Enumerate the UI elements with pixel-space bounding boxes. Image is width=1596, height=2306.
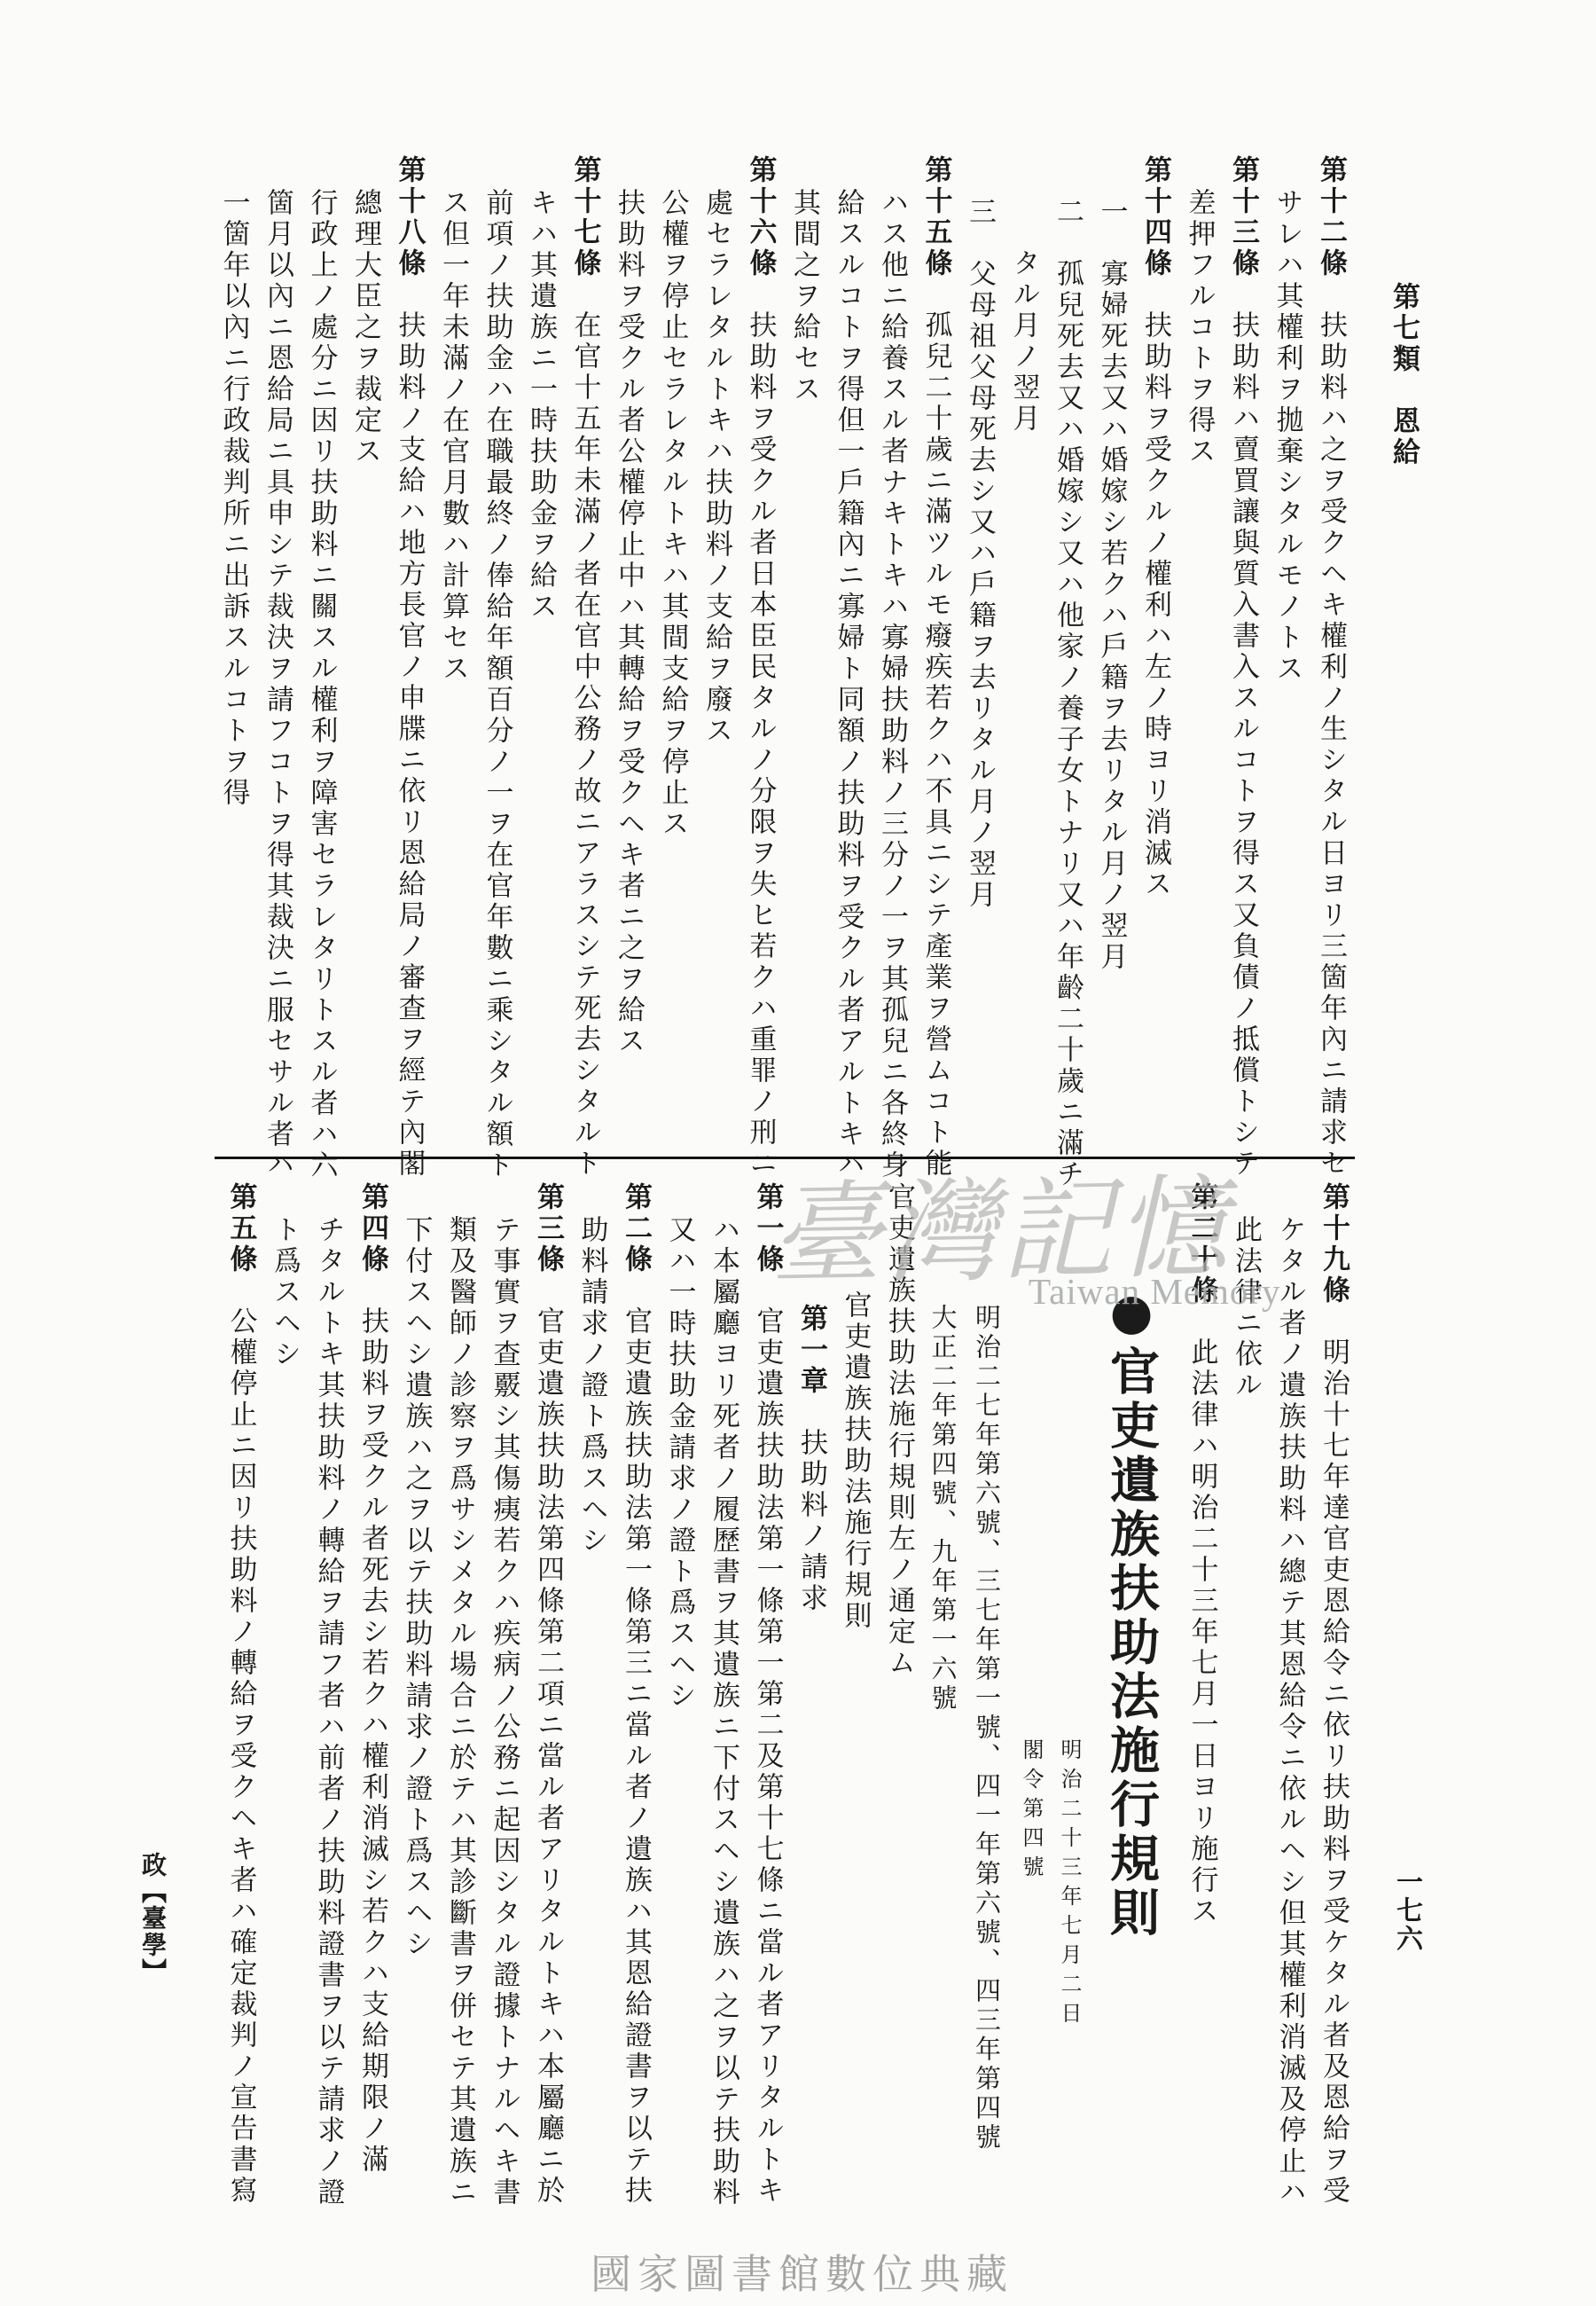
column-text: テ事實ヲ查覈シ其傷痍若クハ疾病ノ公務ニ起因シタル證據トナルヘキ書 [489, 1215, 520, 2208]
column-text: 箇月以內ニ恩給局ニ具申シテ裁決ヲ請フコトヲ得其裁決ニ服セサル者ハ [262, 188, 293, 1181]
text-column: 處セラレタルトキハ扶助料ノ支給ヲ廢ス [694, 155, 739, 1166]
column-text: 此法律ニ依ル [1230, 1215, 1262, 1401]
section-divider-rule [215, 1157, 1355, 1159]
text-column: 一 寡婦死去又ハ婚嫁シ若クハ戶籍ヲ去リタル月ノ翌月 [1089, 155, 1133, 1166]
column-text: 在官十五年未滿ノ者在官中公務ノ故ニアラスシテ死去シタルト [569, 310, 601, 1180]
text-column: 總理大臣之ヲ裁定ス [343, 155, 387, 1166]
article-number-heading: 第一條 [752, 1182, 784, 1275]
text-column: 第十二條扶助料ハ之ヲ受クヘキ權利ノ生シタル日ヨリ三箇年內ニ請求セ [1309, 155, 1353, 1166]
column-text: 官吏遺族扶助法第一條第三ニ當ル者ノ遺族ハ其恩給證書ヲ以テ扶 [620, 1306, 652, 2207]
text-column: 又ハ一時扶助金請求ノ證ト爲スヘシ [657, 1182, 701, 2176]
column-text: キハ其遺族ニ一時扶助金ヲ給ス [525, 188, 557, 623]
text-column: ス但一年未滿ノ在官月數ハ計算セス [431, 155, 475, 1166]
page-number: 一七六 [1387, 1868, 1426, 1953]
text-column: 公權ヲ停止セラレタルトキハ其間支給ヲ停止ス [650, 155, 694, 1166]
column-text: 扶助料ハ之ヲ受クヘキ權利ノ生シタル日ヨリ三箇年內ニ請求セ [1315, 310, 1347, 1180]
regulation-text-block: 第十九條明治十七年達官吏恩給令ニ依リ扶助料ヲ受ケタル者及恩給ヲ受ケタル者ノ遺族扶… [218, 1182, 1355, 2176]
text-column: 前項ノ扶助金ハ在職最終ノ俸給年額百分ノ一ヲ在官年數ニ乘シタル額ト [474, 155, 519, 1166]
column-text: 給スルコトヲ得但一戶籍內ニ寡婦ト同額ノ扶助料ヲ受クル者アルトキハ [833, 188, 864, 1181]
column-text: 公權ヲ停止セラレタルトキハ其間支給ヲ停止ス [657, 188, 689, 840]
text-column: 明治二十三年七月二日 [1054, 1182, 1084, 2176]
text-column: タル月ノ翌月 [1001, 155, 1045, 1166]
column-text: 三 父母祖父母死去シ又ハ戶籍ヲ去リタル月ノ翌月 [964, 197, 996, 911]
text-column: 二 孤兒死去又ハ婚嫁シ又ハ他家ノ養子女トナリ又ハ年齡二十歲ニ滿チ [1045, 155, 1090, 1166]
article-number-heading: 第一章 [795, 1304, 827, 1397]
text-column: チタルトキ其扶助料ノ轉給ヲ請フ者ハ前者ノ扶助料證書ヲ以テ請求ノ證 [306, 1182, 350, 2176]
text-column: 第一章扶助料ノ請求 [789, 1182, 833, 2176]
text-column: 第十八條扶助料ノ支給ハ地方長官ノ申牒ニ依リ恩給局ノ審查ヲ經テ內閣 [387, 155, 431, 1166]
column-text: 明治二十三年七月二日 [1057, 1738, 1082, 2031]
text-column: ハ本屬廳ヨリ死者ノ履歷書ヲ其遺族ニ下付スヘシ遺族ハ之ヲ以テ扶助料 [701, 1182, 746, 2176]
column-text: 官吏遺族扶助法施行規則左ノ通定ム [883, 1182, 915, 1679]
margin-category-header: 第七類 恩給 [1384, 282, 1424, 468]
text-column: 第十六條扶助料ヲ受クル者日本臣民タルノ分限ヲ失ヒ若クハ重罪ノ刑ニ [738, 155, 782, 1166]
column-text: 又ハ一時扶助金請求ノ證ト爲スヘシ [664, 1215, 696, 1712]
column-text: ケタル者ノ遺族扶助料ハ總テ其恩給令ニ依ルヘシ但其權利消滅及停止ハ [1274, 1215, 1306, 2208]
column-text: ス但一年未滿ノ在官月數ハ計算セス [437, 188, 469, 685]
column-text: 官吏遺族扶助法施行規則 [840, 1290, 872, 1632]
column-text: 官吏遺族扶助法第一條第一第二及第十七條ニ當ル者アリタルトキ [752, 1306, 784, 2207]
text-column: 第五條公權停止ニ因リ扶助料ノ轉給ヲ受クヘキ者ハ確定裁判ノ宣告書寫 [218, 1182, 262, 2176]
article-number-heading: 第十三條 [1227, 155, 1259, 279]
text-column: ●官吏遺族扶助法施行規則 [1084, 1182, 1179, 2176]
article-number-heading: 第五條 [225, 1182, 257, 1275]
text-column: 此法律ニ依ル [1224, 1182, 1268, 2176]
column-text: 明治二七年第六號、三七年第一號、四一年第六號、四三年第四號 [972, 1304, 1002, 2153]
column-text: ●官吏遺族扶助法施行規則 [1102, 1282, 1161, 1941]
column-text: 下付スヘシ遺族ハ之ヲ以テ扶助料請求ノ證ト爲スヘシ [401, 1215, 433, 1960]
column-text: 扶助料ヲ受クル者公權停止中ハ其轉給ヲ受クヘキ者ニ之ヲ給ス [613, 188, 645, 1057]
article-number-heading: 第十六條 [745, 155, 777, 279]
text-column: 下付スヘシ遺族ハ之ヲ以テ扶助料請求ノ證ト爲スヘシ [394, 1182, 438, 2176]
column-text: 扶助料ノ支給ハ地方長官ノ申牒ニ依リ恩給局ノ審查ヲ經テ內閣 [394, 310, 426, 1180]
column-text: 類及醫師ノ診察ヲ爲サシメタル場合ニ於テハ其診斷書ヲ併セテ其遺族ニ [444, 1215, 476, 2208]
library-classification-mark: 政【臺學】 [135, 1852, 170, 1985]
text-column: 第十三條扶助料ハ賣買讓與質入書入スルコトヲ得ス又負債ノ抵償トシテ [1221, 155, 1265, 1166]
column-text: 明治十七年達官吏恩給令ニ依リ扶助料ヲ受ケタル者及恩給ヲ受 [1318, 1337, 1350, 2207]
column-text: 一箇年以內ニ行政裁判所ニ出訴スルコトヲ得 [218, 188, 250, 809]
column-text: サレハ其權利ヲ拋棄シタルモノトス [1271, 188, 1303, 685]
column-text: 行政上ノ處分ニ因リ扶助料ニ關スル權利ヲ障害セラレタリトスル者ハ六 [306, 188, 338, 1181]
column-text: 扶助料ノ請求 [795, 1428, 827, 1614]
column-text: ハス他ニ給養スル者ナキトキハ寡婦扶助料ノ三分ノ一ヲ其孤兒ニ各終身 [876, 188, 908, 1181]
text-column: ハス他ニ給養スル者ナキトキハ寡婦扶助料ノ三分ノ一ヲ其孤兒ニ各終身 [870, 155, 914, 1166]
article-number-heading: 第二十條 [1186, 1182, 1218, 1306]
text-column: 其間之ヲ給セス [782, 155, 826, 1166]
text-column: 第一條官吏遺族扶助法第一條第一第二及第十七條ニ當ル者アリタルトキ [745, 1182, 789, 2176]
text-column: 第十九條明治十七年達官吏恩給令ニ依リ扶助料ヲ受ケタル者及恩給ヲ受 [1311, 1182, 1356, 2176]
text-column: 助料請求ノ證ト爲スヘシ [569, 1182, 614, 2176]
article-number-heading: 第十九條 [1318, 1182, 1350, 1306]
column-text: 公權停止ニ因リ扶助料ノ轉給ヲ受クヘキ者ハ確定裁判ノ宣告書寫 [225, 1306, 257, 2207]
text-column: 差押フルコトヲ得ス [1177, 155, 1221, 1166]
article-number-heading: 第十八條 [394, 155, 426, 279]
column-text: 扶助料ヲ受クルノ權利ハ左ノ時ヨリ消滅ス [1139, 310, 1171, 900]
text-column: 扶助料ヲ受クル者公權停止中ハ其轉給ヲ受クヘキ者ニ之ヲ給ス [606, 155, 651, 1166]
article-number-heading: 第十五條 [920, 155, 952, 279]
text-column: 第四條扶助料ヲ受クル者死去シ若クハ權利消滅シ若クハ支給期限ノ滿 [350, 1182, 395, 2176]
text-column: 三 父母祖父母死去シ又ハ戶籍ヲ去リタル月ノ翌月 [958, 155, 1002, 1166]
text-column: サレハ其權利ヲ拋棄シタルモノトス [1264, 155, 1309, 1166]
column-text: 扶助料ハ賣買讓與質入書入スルコトヲ得ス又負債ノ抵償トシテ [1227, 310, 1259, 1180]
text-column: 官吏遺族扶助法施行規則 [833, 1182, 877, 2176]
column-text: 差押フルコトヲ得ス [1184, 188, 1216, 467]
law-text-block: 第十二條扶助料ハ之ヲ受クヘキ權利ノ生シタル日ヨリ三箇年內ニ請求セサレハ其權利ヲ拋… [211, 155, 1352, 1166]
column-text: 二 孤兒死去又ハ婚嫁シ又ハ他家ノ養子女トナリ又ハ年齡二十歲ニ滿チ [1052, 197, 1084, 1190]
text-column: 給スルコトヲ得但一戶籍內ニ寡婦ト同額ノ扶助料ヲ受クル者アルトキハ [825, 155, 870, 1166]
column-text: タル月ノ翌月 [1008, 248, 1040, 435]
text-column: 第十四條扶助料ヲ受クルノ權利ハ左ノ時ヨリ消滅ス [1133, 155, 1177, 1166]
text-column: 大正二年第四號、九年第一六號 [920, 1182, 965, 2176]
digital-archive-caption: 國家圖書館數位典藏 [591, 2242, 1013, 2301]
column-text: 前項ノ扶助金ハ在職最終ノ俸給年額百分ノ一ヲ在官年數ニ乘シタル額ト [481, 188, 513, 1181]
article-number-heading: 第十四條 [1139, 155, 1171, 279]
text-column: ケタル者ノ遺族扶助料ハ總テ其恩給令ニ依ルヘシ但其權利消滅及停止ハ [1267, 1182, 1311, 2176]
text-column: 第三條官吏遺族扶助法第四條第二項ニ當ル者アリタルトキハ本屬廳ニ於 [526, 1182, 570, 2176]
text-column: 類及醫師ノ診察ヲ爲サシメタル場合ニ於テハ其診斷書ヲ併セテ其遺族ニ [438, 1182, 482, 2176]
text-column: 一箇年以內ニ行政裁判所ニ出訴スルコトヲ得 [211, 155, 255, 1166]
text-column: キハ其遺族ニ一時扶助金ヲ給ス [519, 155, 563, 1166]
column-text: 官吏遺族扶助法第四條第二項ニ當ル者アリタルトキハ本屬廳ニ於 [532, 1306, 564, 2207]
article-number-heading: 第十二條 [1315, 155, 1347, 279]
text-column: 第十七條在官十五年未滿ノ者在官中公務ノ故ニアラスシテ死去シタルト [562, 155, 606, 1166]
article-number-heading: 第十七條 [569, 155, 601, 279]
text-column: 第十五條孤兒二十歲ニ滿ツルモ癈疾若クハ不具ニシテ產業ヲ營ムコト能 [913, 155, 958, 1166]
article-number-heading: 第二條 [620, 1182, 652, 1275]
text-column: 第二十條此法律ハ明治二十三年七月一日ヨリ施行ス [1179, 1182, 1224, 2176]
text-column: ト爲スヘシ [262, 1182, 307, 2176]
column-text: 閣令第四號 [1019, 1738, 1044, 1885]
column-text: ト爲スヘシ [269, 1215, 301, 1370]
article-number-heading: 第三條 [532, 1182, 564, 1275]
text-column: テ事實ヲ查覈シ其傷痍若クハ疾病ノ公務ニ起因シタル證據トナルヘキ書 [481, 1182, 526, 2176]
text-column: 第二條官吏遺族扶助法第一條第三ニ當ル者ノ遺族ハ其恩給證書ヲ以テ扶 [614, 1182, 658, 2176]
column-text: 一 寡婦死去又ハ婚嫁シ若クハ戶籍ヲ去リタル月ノ翌月 [1096, 197, 1128, 973]
column-text: 扶助料ヲ受クル者日本臣民タルノ分限ヲ失ヒ若クハ重罪ノ刑ニ [745, 310, 777, 1180]
column-text: 孤兒二十歲ニ滿ツルモ癈疾若クハ不具ニシテ產業ヲ營ムコト能 [920, 310, 952, 1180]
text-column: 官吏遺族扶助法施行規則左ノ通定ム [877, 1182, 921, 2176]
column-text: 其間之ヲ給セス [788, 188, 820, 405]
column-text: 扶助料ヲ受クル者死去シ若クハ權利消滅シ若クハ支給期限ノ滿 [356, 1306, 388, 2176]
text-column: 明治二七年第六號、三七年第一號、四一年第六號、四三年第四號 [965, 1182, 1009, 2176]
column-text: 助料請求ノ證ト爲スヘシ [576, 1215, 608, 1557]
column-text: 大正二年第四號、九年第一六號 [928, 1304, 958, 1714]
scanned-document-page: 第七類 恩給 第十二條扶助料ハ之ヲ受クヘキ權利ノ生シタル日ヨリ三箇年內ニ請求セサ… [0, 0, 1596, 2306]
text-column: 閣令第四號 [1008, 1182, 1054, 2176]
column-text: 此法律ハ明治二十三年七月一日ヨリ施行ス [1186, 1337, 1218, 1927]
text-column: 箇月以內ニ恩給局ニ具申シテ裁決ヲ請フコトヲ得其裁決ニ服セサル者ハ [255, 155, 300, 1166]
column-text: 總理大臣之ヲ裁定ス [349, 188, 381, 467]
text-column: 行政上ノ處分ニ因リ扶助料ニ關スル權利ヲ障害セラレタリトスル者ハ六 [299, 155, 343, 1166]
column-text: チタルトキ其扶助料ノ轉給ヲ請フ者ハ前者ノ扶助料證書ヲ以テ請求ノ證 [313, 1215, 345, 2208]
article-number-heading: 第四條 [356, 1182, 388, 1275]
column-text: 處セラレタルトキハ扶助料ノ支給ヲ廢ス [700, 188, 732, 747]
column-text: ハ本屬廳ヨリ死者ノ履歷書ヲ其遺族ニ下付スヘシ遺族ハ之ヲ以テ扶助料 [708, 1215, 739, 2208]
